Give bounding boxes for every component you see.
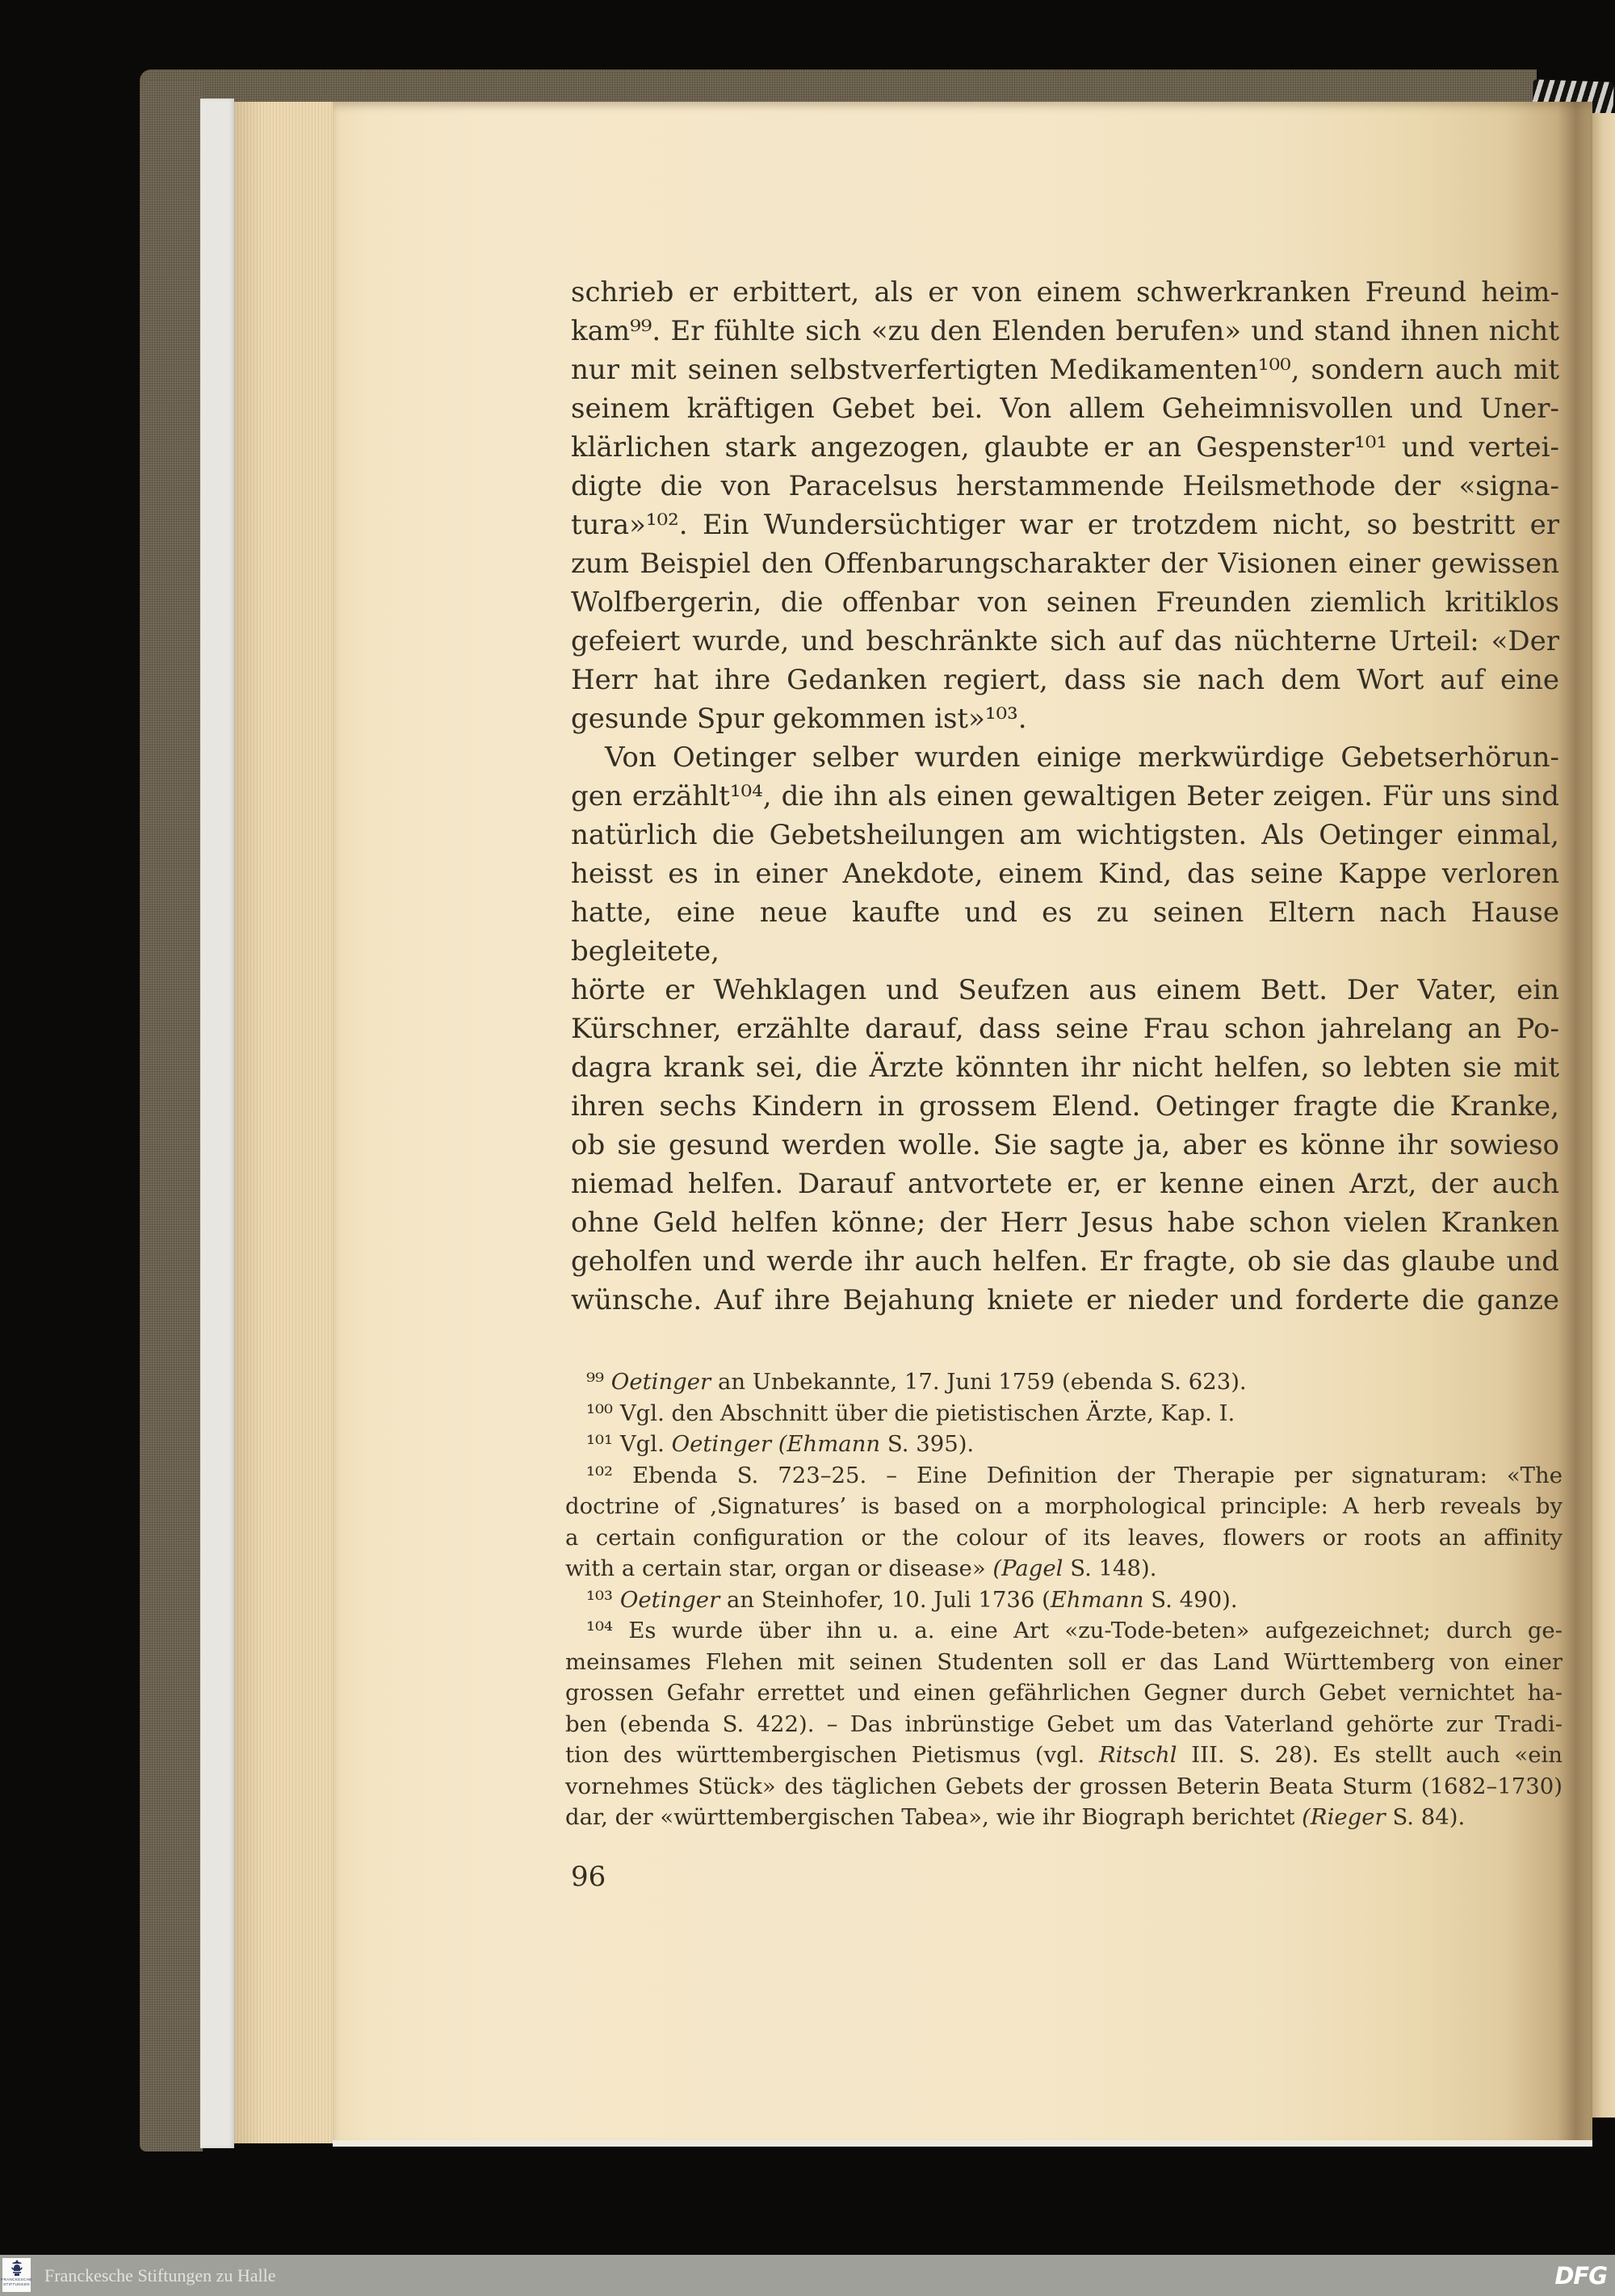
body-text-line: gesunde Spur gekommen ist»¹⁰³.: [571, 699, 1559, 738]
footnote-line: dar, der «württembergischen Tabea», wie …: [565, 1802, 1563, 1833]
body-text-line: natürlich die Gebetsheilungen am wichtig…: [571, 816, 1559, 854]
endpaper-edge: [200, 99, 234, 2148]
book-scan: schrieb er erbittert, als er von einem s…: [0, 0, 1615, 2296]
page-bottom-edge: [333, 2140, 1592, 2147]
library-logo: FRANCKESCHE STIFTUNGEN: [2, 2258, 31, 2292]
footnotes: ⁹⁹ Oetinger an Unbekannte, 17. Juni 1759…: [565, 1366, 1563, 1833]
body-text-line: ihren sechs Kindern in grossem Elend. Oe…: [571, 1087, 1559, 1126]
page-stack-edges: [234, 102, 333, 2143]
body-text-line: ohne Geld helfen könne; der Herr Jesus h…: [571, 1203, 1559, 1242]
footnote-line: ¹⁰⁰ Vgl. den Abschnitt über die pietisti…: [565, 1398, 1563, 1429]
dfg-logo: DFG: [1554, 2255, 1607, 2296]
body-text-line: Wolfbergerin, die offenbar von seinen Fr…: [571, 583, 1559, 622]
body-text: schrieb er erbittert, als er von einem s…: [571, 273, 1559, 1320]
footnote-line: meinsames Flehen mit seinen Studenten so…: [565, 1647, 1563, 1678]
body-text-line: Herr hat ihre Gedanken regiert, dass sie…: [571, 661, 1559, 699]
body-text-line: hörte er Wehklagen und Seufzen aus einem…: [571, 971, 1559, 1009]
body-text-line: heisst es in einer Anekdote, einem Kind,…: [571, 854, 1559, 893]
body-text-line: geholfen und werde ihr auch helfen. Er f…: [571, 1242, 1559, 1281]
body-text-line: dagra krank sei, die Ärzte könnten ihr n…: [571, 1048, 1559, 1087]
body-text-line: gen erzählt¹⁰⁴, die ihn als einen gewalt…: [571, 777, 1559, 816]
body-text-line: niemad helfen. Darauf antvortete er, er …: [571, 1165, 1559, 1203]
book-cover-top-edge: [140, 69, 1537, 103]
body-text-line: kam⁹⁹. Er fühlte sich «zu den Elenden be…: [571, 312, 1559, 350]
footnote-line: grossen Gefahr errettet und einen gefähr…: [565, 1677, 1563, 1709]
footnote-line: ¹⁰³ Oetinger an Steinhofer, 10. Juli 173…: [565, 1585, 1563, 1616]
footnote-line: ¹⁰² Ebenda S. 723–25. – Eine Definition …: [565, 1460, 1563, 1492]
footnote-line: doctrine of ‚Signatures’ is based on a m…: [565, 1491, 1563, 1522]
footnote-line: a certain configuration or the colour of…: [565, 1522, 1563, 1554]
footer-bar: FRANCKESCHE STIFTUNGEN Franckesche Stift…: [0, 2255, 1615, 2296]
footnote-line: ¹⁰¹ Vgl. Oetinger (Ehmann S. 395).: [565, 1429, 1563, 1460]
footnote-line: ben (ebenda S. 422). – Das inbrünstige G…: [565, 1709, 1563, 1740]
body-text-line: nur mit seinen selbstverfertigten Medika…: [571, 350, 1559, 389]
footnote-line: tion des württembergischen Pietismus (vg…: [565, 1740, 1563, 1771]
library-logo-text-line2: STIFTUNGEN: [3, 2282, 30, 2287]
footnote-line: ¹⁰⁴ Es wurde über ihn u. a. eine Art «zu…: [565, 1615, 1563, 1647]
facing-page-gutter: [1592, 113, 1615, 2118]
body-text-line: schrieb er erbittert, als er von einem s…: [571, 273, 1559, 312]
body-text-line: Von Oetinger selber wurden einige merkwü…: [571, 738, 1559, 777]
body-text-line: klärlichen stark angezogen, glaubte er a…: [571, 428, 1559, 467]
body-text-line: gefeiert wurde, und beschränkte sich auf…: [571, 622, 1559, 661]
footnote-line: vornehmes Stück» des täglichen Gebets de…: [565, 1771, 1563, 1803]
library-logo-eagle-icon: [10, 2260, 23, 2277]
body-text-line: Kürschner, erzählte darauf, dass seine F…: [571, 1009, 1559, 1048]
body-text-line: hatte, eine neue kaufte und es zu seinen…: [571, 893, 1559, 971]
body-text-line: seinem kräftigen Gebet bei. Von allem Ge…: [571, 389, 1559, 428]
footnote-line: ⁹⁹ Oetinger an Unbekannte, 17. Juni 1759…: [565, 1366, 1563, 1398]
body-text-line: ob sie gesund werden wolle. Sie sagte ja…: [571, 1126, 1559, 1165]
body-text-line: zum Beispiel den Offenbarungscharakter d…: [571, 544, 1559, 583]
page-number: 96: [571, 1857, 606, 1896]
book-cover-left-edge: [140, 81, 203, 2151]
library-name-label: Franckesche Stiftungen zu Halle: [44, 2255, 276, 2296]
body-text-line: tura»¹⁰². Ein Wundersüchtiger war er tro…: [571, 506, 1559, 544]
body-text-line: wünsche. Auf ihre Bejahung kniete er nie…: [571, 1281, 1559, 1320]
footnote-line: with a certain star, organ or disease» (…: [565, 1553, 1563, 1585]
body-text-line: digte die von Paracelsus herstammende He…: [571, 467, 1559, 506]
